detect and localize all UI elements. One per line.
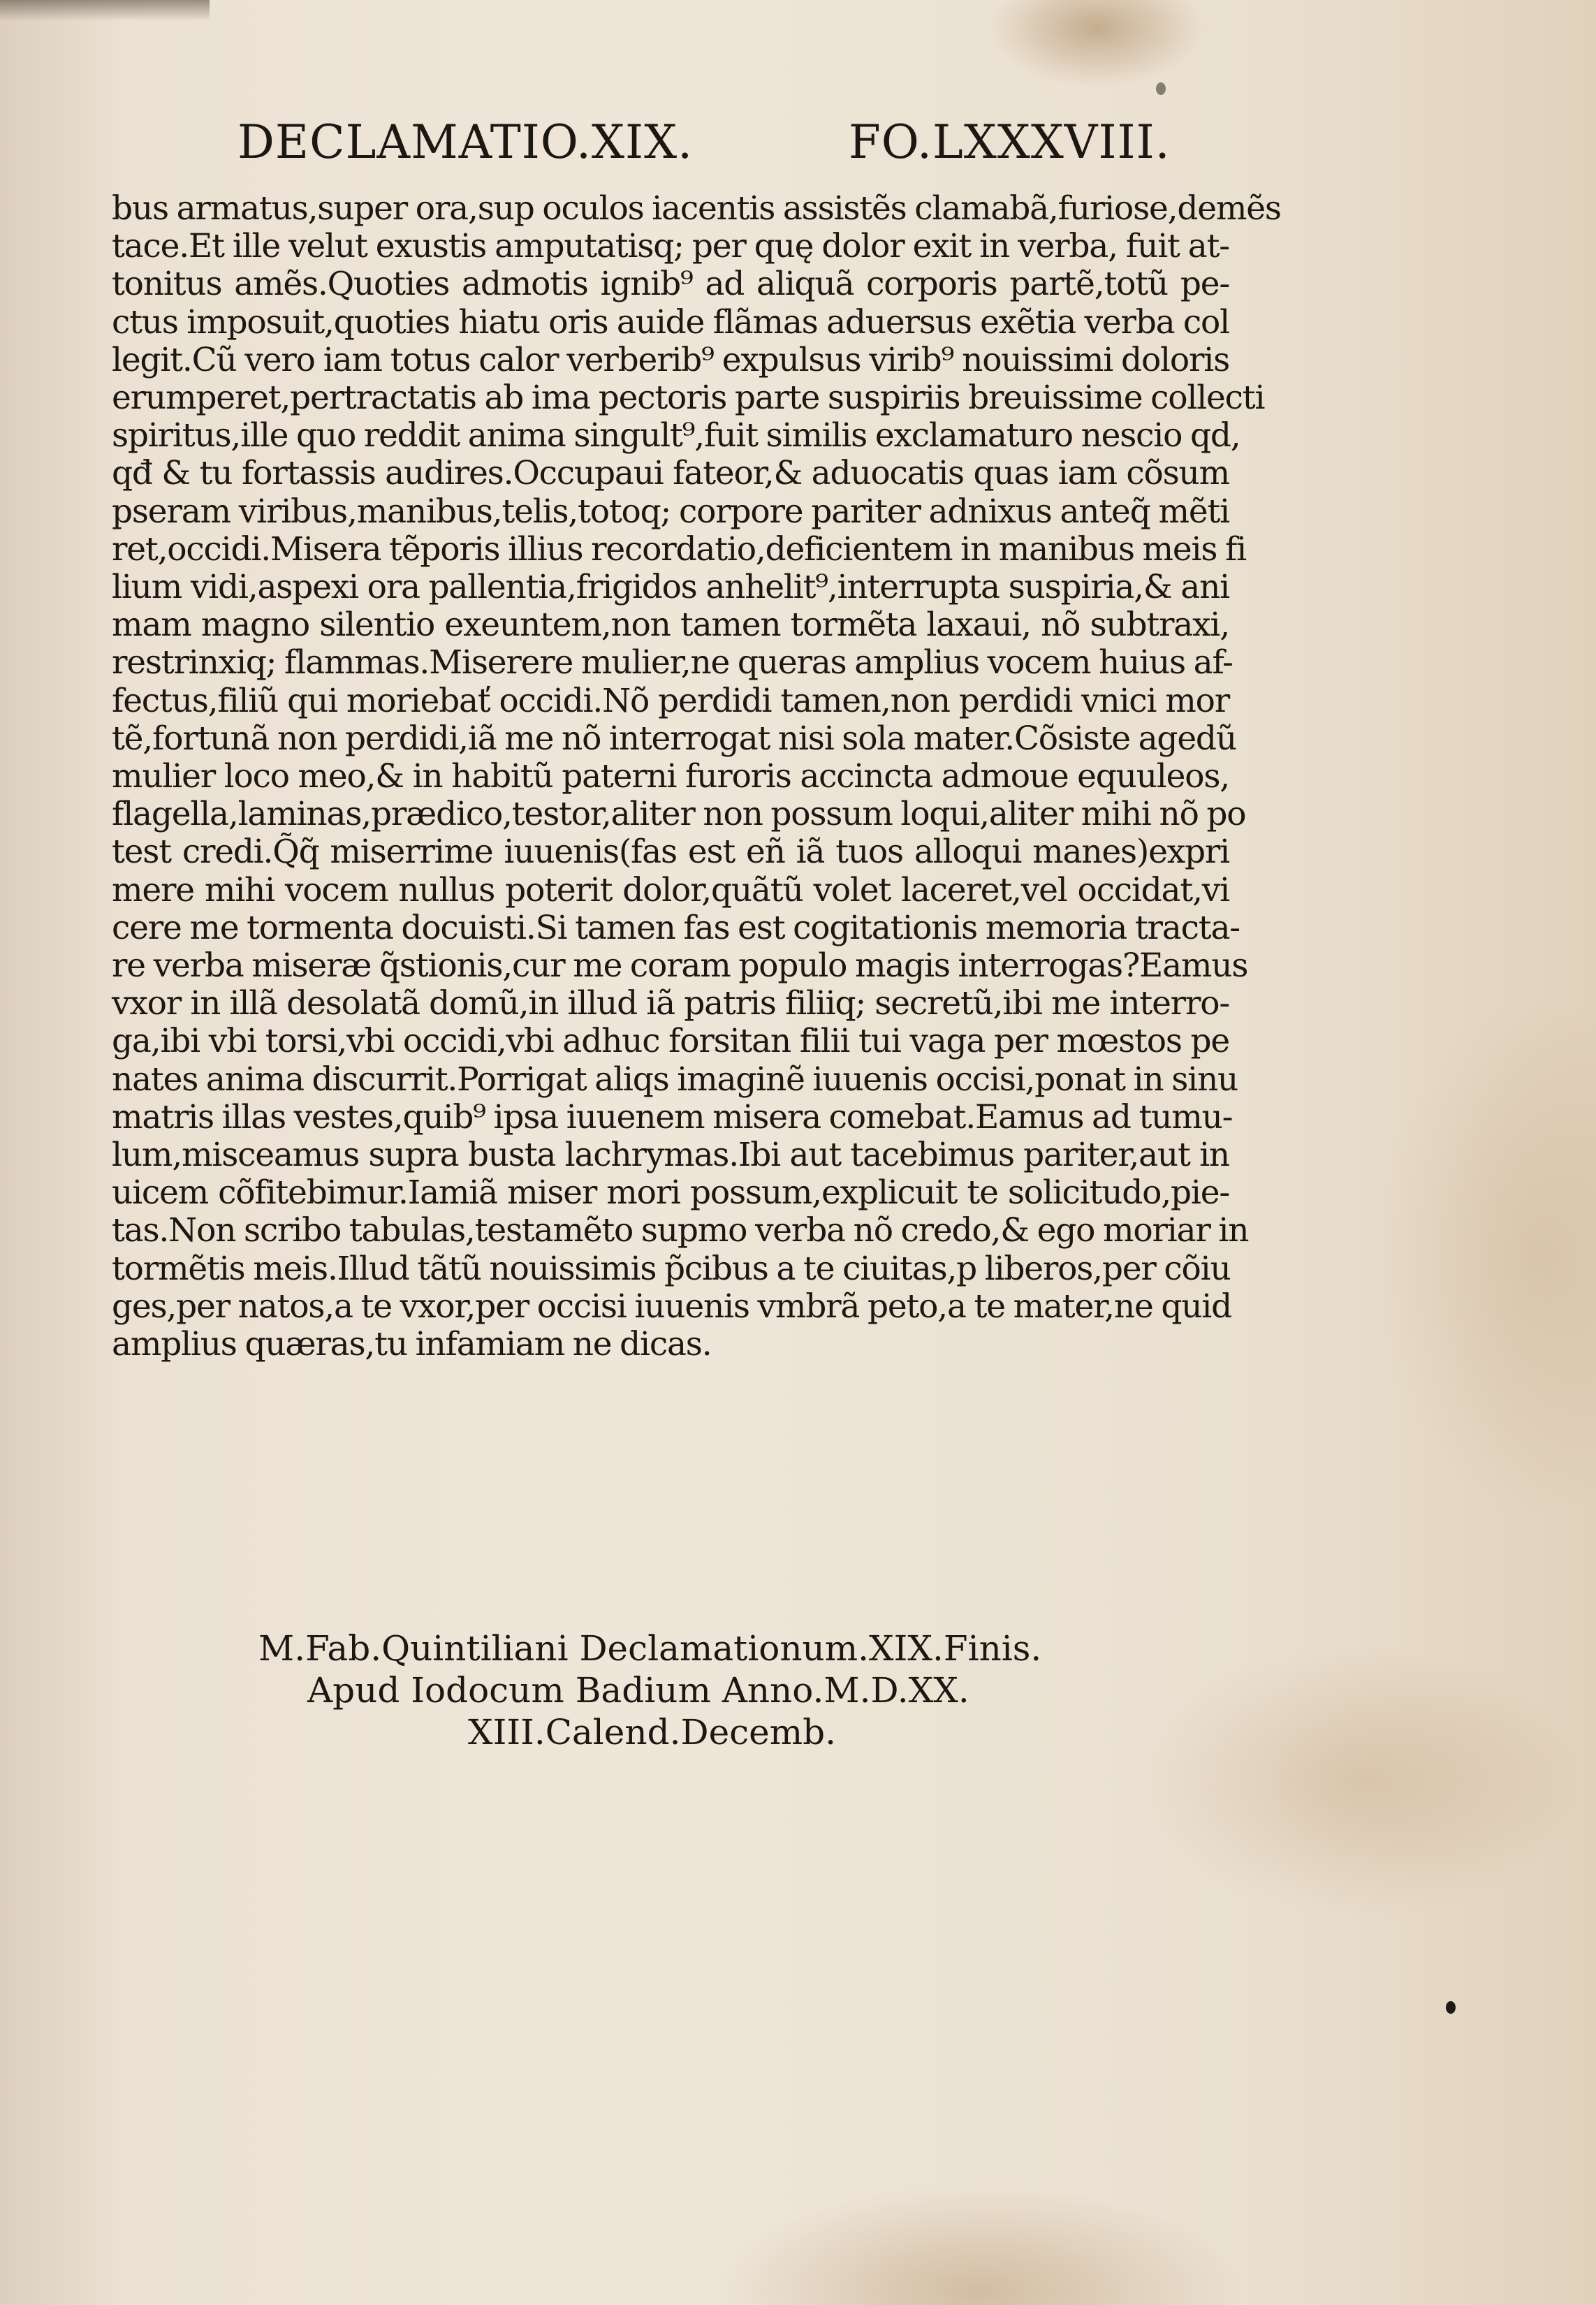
text-line: ga,ibi vbi torsi,vbi occidi,vbi adhuc fo… xyxy=(112,1023,1229,1060)
text-line: legit.Cũ vero iam totus calor verberib⁹ … xyxy=(112,342,1229,379)
page-edge-shadow xyxy=(0,0,210,21)
text-line: qđ & tu fortassis audires.Occupaui fateo… xyxy=(112,455,1229,492)
ink-spot xyxy=(1446,2001,1456,2014)
ink-spot xyxy=(1156,82,1166,95)
text-line: matris illas vestes,quib⁹ ipsa iuuenem m… xyxy=(112,1099,1229,1136)
text-line: restrinxiq; flammas.Miserere mulier,ne q… xyxy=(112,644,1229,682)
text-line: ges,per natos,a te vxor,per occisi iuuen… xyxy=(112,1288,1229,1326)
text-line: tace.Et ille velut exustis amputatisq; p… xyxy=(112,228,1229,265)
text-line: ret,occidi.Misera tẽporis illius recorda… xyxy=(112,531,1229,569)
text-line: tormẽtis meis.Illud tãtũ nouissimis p̃ci… xyxy=(112,1250,1229,1288)
folio-number: FO.LXXXVIII. xyxy=(849,115,1171,169)
colophon: M.Fab.Quintiliani Declamationum.XIX.Fini… xyxy=(237,1627,1006,1753)
text-line: spiritus,ille quo reddit anima singult⁹,… xyxy=(112,417,1229,455)
text-line: test credi.Q̃q̃ miserrime iuuenis(fas es… xyxy=(112,833,1229,871)
text-line-last: amplius quæras,tu infamiam ne dicas. xyxy=(112,1326,1229,1363)
text-line: tas.Non scribo tabulas,testamẽto supmo v… xyxy=(112,1212,1229,1250)
body-text-block: bus armatus,super ora,sup oculos iacenti… xyxy=(112,190,1229,1363)
text-line: vxor in illã desolatã domũ,in illud iã p… xyxy=(112,985,1229,1023)
text-line: bus armatus,super ora,sup oculos iacenti… xyxy=(112,190,1229,228)
text-line: erumperet,pertractatis ab ima pectoris p… xyxy=(112,379,1229,417)
text-line: flagella,laminas,prædico,testor,aliter n… xyxy=(112,796,1229,833)
colophon-line-date: XIII.Calend.Decemb. xyxy=(237,1711,1006,1753)
text-line: tẽ,fortunã non perdidi,iã me nõ interrog… xyxy=(112,720,1229,758)
text-line: cere me tormenta docuisti.Si tamen fas e… xyxy=(112,909,1229,947)
text-line: re verba miseræ q̃stionis,cur me coram p… xyxy=(112,947,1229,985)
text-line: ctus imposuit,quoties hiatu oris auide f… xyxy=(112,304,1229,342)
running-head-title: DECLAMATIO.XIX. xyxy=(237,115,693,169)
text-line: mere mihi vocem nullus poterit dolor,quã… xyxy=(112,872,1229,909)
text-line: lum,misceamus supra busta lachrymas.Ibi … xyxy=(112,1136,1229,1174)
text-line: lium vidi,aspexi ora pallentia,frigidos … xyxy=(112,569,1229,606)
book-page: DECLAMATIO.XIX. FO.LXXXVIII. bus armatus… xyxy=(0,0,1596,2305)
text-line: fectus,filiũ qui moriebať occidi.Nõ perd… xyxy=(112,682,1229,720)
text-line: pseram viribus,manibus,telis,totoq; corp… xyxy=(112,493,1229,531)
running-head: DECLAMATIO.XIX. FO.LXXXVIII. xyxy=(237,115,1180,178)
text-line: tonitus amẽs.Quoties admotis ignib⁹ ad a… xyxy=(112,265,1229,303)
colophon-line-printer: Apud Iodocum Badium Anno.M.D.XX. xyxy=(237,1669,1006,1711)
text-line: uicem cõfitebimur.Iamiã miser mori possu… xyxy=(112,1174,1229,1212)
text-line: nates anima discurrit.Porrigat aliqs ima… xyxy=(112,1061,1229,1099)
colophon-line-finis: M.Fab.Quintiliani Declamationum.XIX.Fini… xyxy=(237,1627,1006,1669)
text-line: mam magno silentio exeuntem,non tamen to… xyxy=(112,606,1229,644)
text-line: mulier loco meo,& in habitũ paterni furo… xyxy=(112,758,1229,796)
